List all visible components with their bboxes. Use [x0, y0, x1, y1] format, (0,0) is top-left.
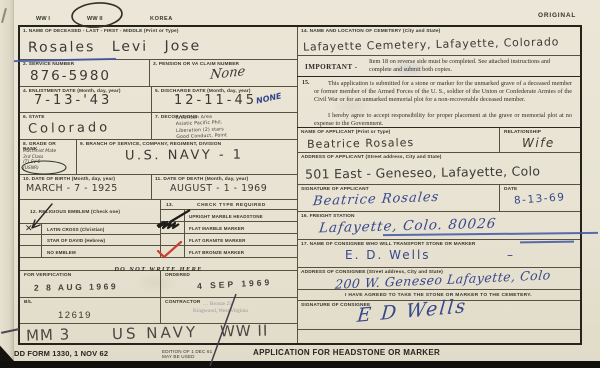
field-value: U.S. NAVY - 1	[125, 147, 244, 163]
field-value: E. D. Wells	[345, 248, 431, 262]
usnr-circle-annotation	[20, 160, 70, 175]
field-label: ORDERED	[165, 273, 190, 279]
certification-text-2: I hereby agree to accept responsibility …	[314, 112, 572, 128]
field-applicant-signature: SIGNATURE OF APPLICANT Beatrice Rosales	[297, 185, 500, 212]
scanned-form-dd1330: WW I WW II KOREA ORIGINAL 1. NAME OF DEC…	[0, 0, 600, 368]
emblem-row-no-emblem: NO EMBLEM	[20, 246, 161, 258]
field-value: 876-5980	[30, 68, 111, 84]
field-state: 6. STATE Colorado	[20, 113, 152, 140]
field-label: B/L	[24, 300, 32, 306]
field-value: Colorado	[28, 120, 110, 136]
field-date-signed: DATE 8-13-69	[500, 185, 580, 212]
field-label: CHECK TYPE REQUIRED	[197, 203, 266, 209]
date-stamp-ordered: 4 SEP 1969	[197, 277, 273, 291]
option-label: FLAT MARBLE MARKER	[189, 226, 244, 231]
field-consignee-name: 17. NAME OF CONSIGNEE WHO WILL TRANSPORT…	[297, 240, 580, 268]
certification-paragraph: 15. This application is submitted for a …	[297, 77, 580, 128]
emblem-row-star-of-david: STAR OF DAVID (Hebrew)	[20, 235, 161, 246]
field-consignee-address: ADDRESS OF CONSIGNEE (Street address, Ci…	[297, 268, 580, 290]
certification-text-1: This application is submitted for a ston…	[314, 80, 572, 104]
form-title: APPLICATION FOR HEADSTONE OR MARKER	[253, 348, 440, 358]
field-value: Rosales Levi Jose	[28, 38, 201, 56]
field-value: None	[209, 64, 246, 83]
field-label: NAME OF APPLICANT (Print or Type)	[301, 130, 390, 136]
field-decorations: 7. DECORATIONS American Area Asiatic Pac…	[152, 113, 297, 140]
dash-mark: –	[507, 248, 513, 262]
field-value: AUGUST - 1 - 1969	[170, 183, 267, 194]
field-value: 12619	[58, 310, 92, 321]
important-notice: IMPORTANT - Item 18 on reverse side must…	[297, 56, 580, 77]
field-applicant-address: ADDRESS OF APPLICANT (Street address, Ci…	[297, 153, 580, 185]
bottom-note-row: MM 3 US NAVY WW II	[20, 324, 297, 343]
field-value: Wife	[522, 136, 555, 150]
field-applicant-name: NAME OF APPLICANT (Print or Type) Beatri…	[297, 128, 500, 153]
field-label: 2. SERVICE NUMBER	[23, 62, 74, 68]
original-label: ORIGINAL	[538, 12, 576, 20]
field-date-of-death: 11. DATE OF DEATH (Month, day, year) AUG…	[152, 175, 297, 200]
field-name-of-deceased: 1. NAME OF DECEASED - LAST - FIRST - MID…	[20, 27, 297, 60]
field-bl-number: B/L 12619	[20, 298, 161, 324]
option-label: UPRIGHT MARBLE HEADSTONE	[189, 214, 263, 219]
field-label: CONTRACTOR	[165, 300, 201, 306]
form-border: 1. NAME OF DECEASED - LAST - FIRST - MID…	[18, 25, 582, 345]
ww2-circle-annotation	[68, 0, 126, 30]
note-branch: US NAVY	[112, 323, 199, 343]
field-label: 10. DATE OF BIRTH (Month, day, year)	[23, 177, 115, 183]
war-label-korea: KOREA	[150, 16, 173, 23]
option-label: FLAT GRANITE MARKER	[189, 238, 246, 243]
war-label-ww1: WW I	[36, 16, 50, 23]
checkbox-star-of-david	[20, 235, 42, 246]
field-value: 7-13-'43	[34, 93, 112, 108]
date-stamp-received: 2 8 AUG 1969	[34, 281, 118, 292]
field-value: Beatrice Rosales	[307, 136, 414, 151]
field-label: FOR VERIFICATION	[24, 273, 71, 279]
field-label: 14. NAME AND LOCATION OF CEMETERY (City …	[301, 29, 440, 35]
form-number: DD FORM 1330, 1 NOV 62	[14, 349, 108, 358]
field-value: 12-11-45	[174, 93, 257, 108]
field-label: 11. DATE OF DEATH (Month, day, year)	[155, 177, 248, 183]
field-enlistment-date: 4. ENLISTMENT DATE (Month, day, year) 7-…	[20, 87, 152, 113]
diagonal-pen-stroke	[200, 292, 244, 368]
field-label: 17. NAME OF CONSIGNEE WHO WILL TRANSPORT…	[301, 242, 476, 248]
field-for-verification: FOR VERIFICATION 2 8 AUG 1969	[20, 271, 161, 298]
field-consignee-signature: SIGNATURE OF CONSIGNEE E D Wells	[297, 301, 580, 330]
important-text: Item 18 on reverse side must be complete…	[369, 58, 571, 74]
arrow-to-checkbox	[26, 202, 56, 232]
field-label: DATE	[504, 187, 517, 193]
field-branch-of-service: 9. BRANCH OF SERVICE, COMPANY, REGIMENT,…	[77, 140, 297, 175]
field-value: 501 East - Geneseo, Lafayette, Colo	[305, 163, 540, 181]
field-cemetery-location: 14. NAME AND LOCATION OF CEMETERY (City …	[297, 27, 580, 56]
important-label: IMPORTANT -	[305, 63, 357, 71]
empty-row	[297, 330, 580, 343]
note-rank: MM 3	[26, 325, 71, 345]
field-value: MARCH - 7 - 1925	[26, 183, 118, 194]
option-label: NO EMBLEM	[47, 250, 76, 255]
option-label: FLAT BRONZE MARKER	[189, 250, 244, 255]
field-service-number: 2. SERVICE NUMBER 876-5980	[20, 60, 150, 87]
paper-left-edge	[0, 0, 13, 361]
field-label: RELATIONSHIP	[504, 130, 541, 136]
field-date-of-birth: 10. DATE OF BIRTH (Month, day, year) MAR…	[20, 175, 152, 200]
option-label: STAR OF DAVID (Hebrew)	[47, 238, 105, 243]
paper-crease	[13, 0, 14, 361]
field-value: Lafayette Cemetery, Lafayette, Colorado	[303, 35, 559, 53]
checkbox-no-emblem	[20, 246, 42, 258]
field-label: 9. BRANCH OF SERVICE, COMPANY, REGIMENT,…	[80, 142, 221, 148]
field-value: American Area Asiatic Pacific Phil. Libe…	[176, 111, 295, 140]
red-check-annotation	[156, 240, 184, 260]
field-value: 8-13-69	[514, 191, 566, 207]
field-freight-station: 16. FREIGHT STATION Lafayette, Colo. 800…	[297, 212, 580, 240]
field-label: ADDRESS OF APPLICANT (Street address, Ci…	[301, 155, 442, 161]
signature-applicant: Beatrice Rosales	[312, 190, 440, 209]
item-number: 15.	[302, 80, 310, 86]
field-relationship: RELATIONSHIP Wife	[500, 128, 580, 153]
field-label: 6. STATE	[23, 115, 45, 121]
field-pension-claim-number: 3. PENSION OR VA CLAIM NUMBER None	[150, 60, 297, 87]
scribbled-check-annotation	[154, 208, 194, 234]
